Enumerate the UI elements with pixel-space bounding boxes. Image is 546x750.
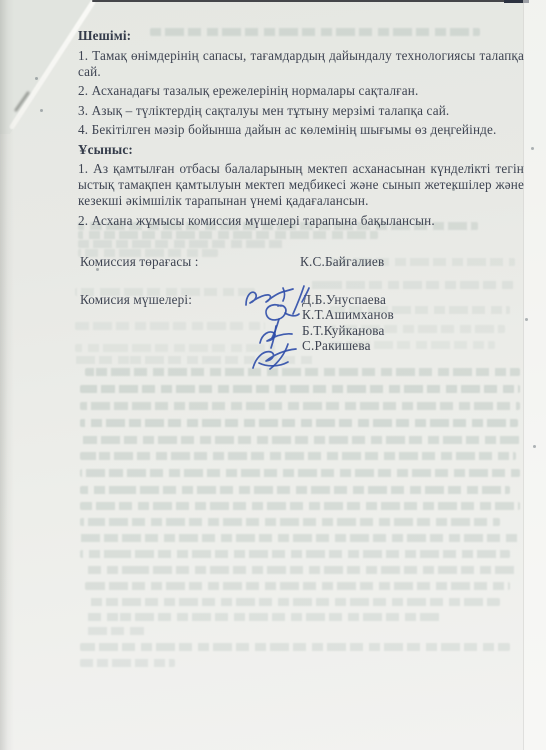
bleed-through-line [310,281,515,289]
bleed-through-line [80,659,175,667]
bleed-through-line [80,385,520,393]
bleed-through-line [78,240,288,248]
bleed-through-line [80,486,510,494]
proposal-item: 1. Аз қамтылған отбасы балаларының мекте… [78,161,524,209]
bleed-through-line [80,550,510,558]
scan-speck [96,268,99,271]
bleed-through-line [80,452,516,460]
scan-speck [533,445,536,448]
bleed-through-line [80,469,520,477]
scan-speck [468,166,471,169]
scan-speck [35,77,38,80]
scanned-document-page: Шешімі: 1. Тамақ өнімдерінің сапасы, тағ… [0,0,546,750]
bleed-through-line [85,598,500,606]
scan-speck [525,318,528,321]
bleed-through-line [80,502,520,510]
member-name: С.Ракишева [302,338,394,353]
decision-item: 3. Азық – түліктердің сақталуы мен тұтын… [78,103,524,119]
scan-speck [531,147,534,150]
bleed-through-line [80,643,510,651]
bleed-through-line [80,518,500,526]
decision-item: 1. Тамақ өнімдерінің сапасы, тағамдардың… [78,48,524,80]
decision-item: 2. Асханадағы тазалық ережелерінің норма… [78,83,524,99]
bleed-through-line [78,231,378,239]
bleed-through-line [80,534,520,542]
bleed-through-line [80,419,518,427]
scan-left-edge-shade [0,0,14,750]
member-name: Д.Б.Унуспаева [302,292,394,307]
scan-speck [452,188,455,191]
proposal-heading: Ұсыныс: [78,142,524,158]
scan-top-edge [92,0,526,2]
bleed-through-line [85,627,145,635]
document-body: Шешімі: 1. Тамақ өнімдерінің сапасы, тағ… [78,28,524,232]
chairman-name: К.С.Байгалиев [300,254,384,270]
bleed-through-line [85,566,515,574]
bleed-through-line [85,613,440,621]
members-name-list: Д.Б.Унуспаева К.Т.Ашимханов Б.Т.Куйканов… [302,292,394,354]
scan-right-edge-band [523,0,546,750]
members-label: Комисия мүшелері: [80,292,192,308]
bleed-through-line [80,436,520,444]
scan-speck [358,333,361,336]
decision-item: 4. Бекітілген мәзір бойынша дайын ас көл… [78,122,524,138]
proposal-item: 2. Асхана жұмысы комиссия мүшелері тарап… [78,213,524,229]
bleed-through-line [80,402,520,410]
bleed-through-line [85,582,510,590]
decision-heading: Шешімі: [78,28,524,44]
signature-ink [236,280,314,375]
member-name: Б.Т.Куйканова [302,323,394,338]
member-name: К.Т.Ашимханов [302,307,394,322]
scan-speck [40,109,43,112]
